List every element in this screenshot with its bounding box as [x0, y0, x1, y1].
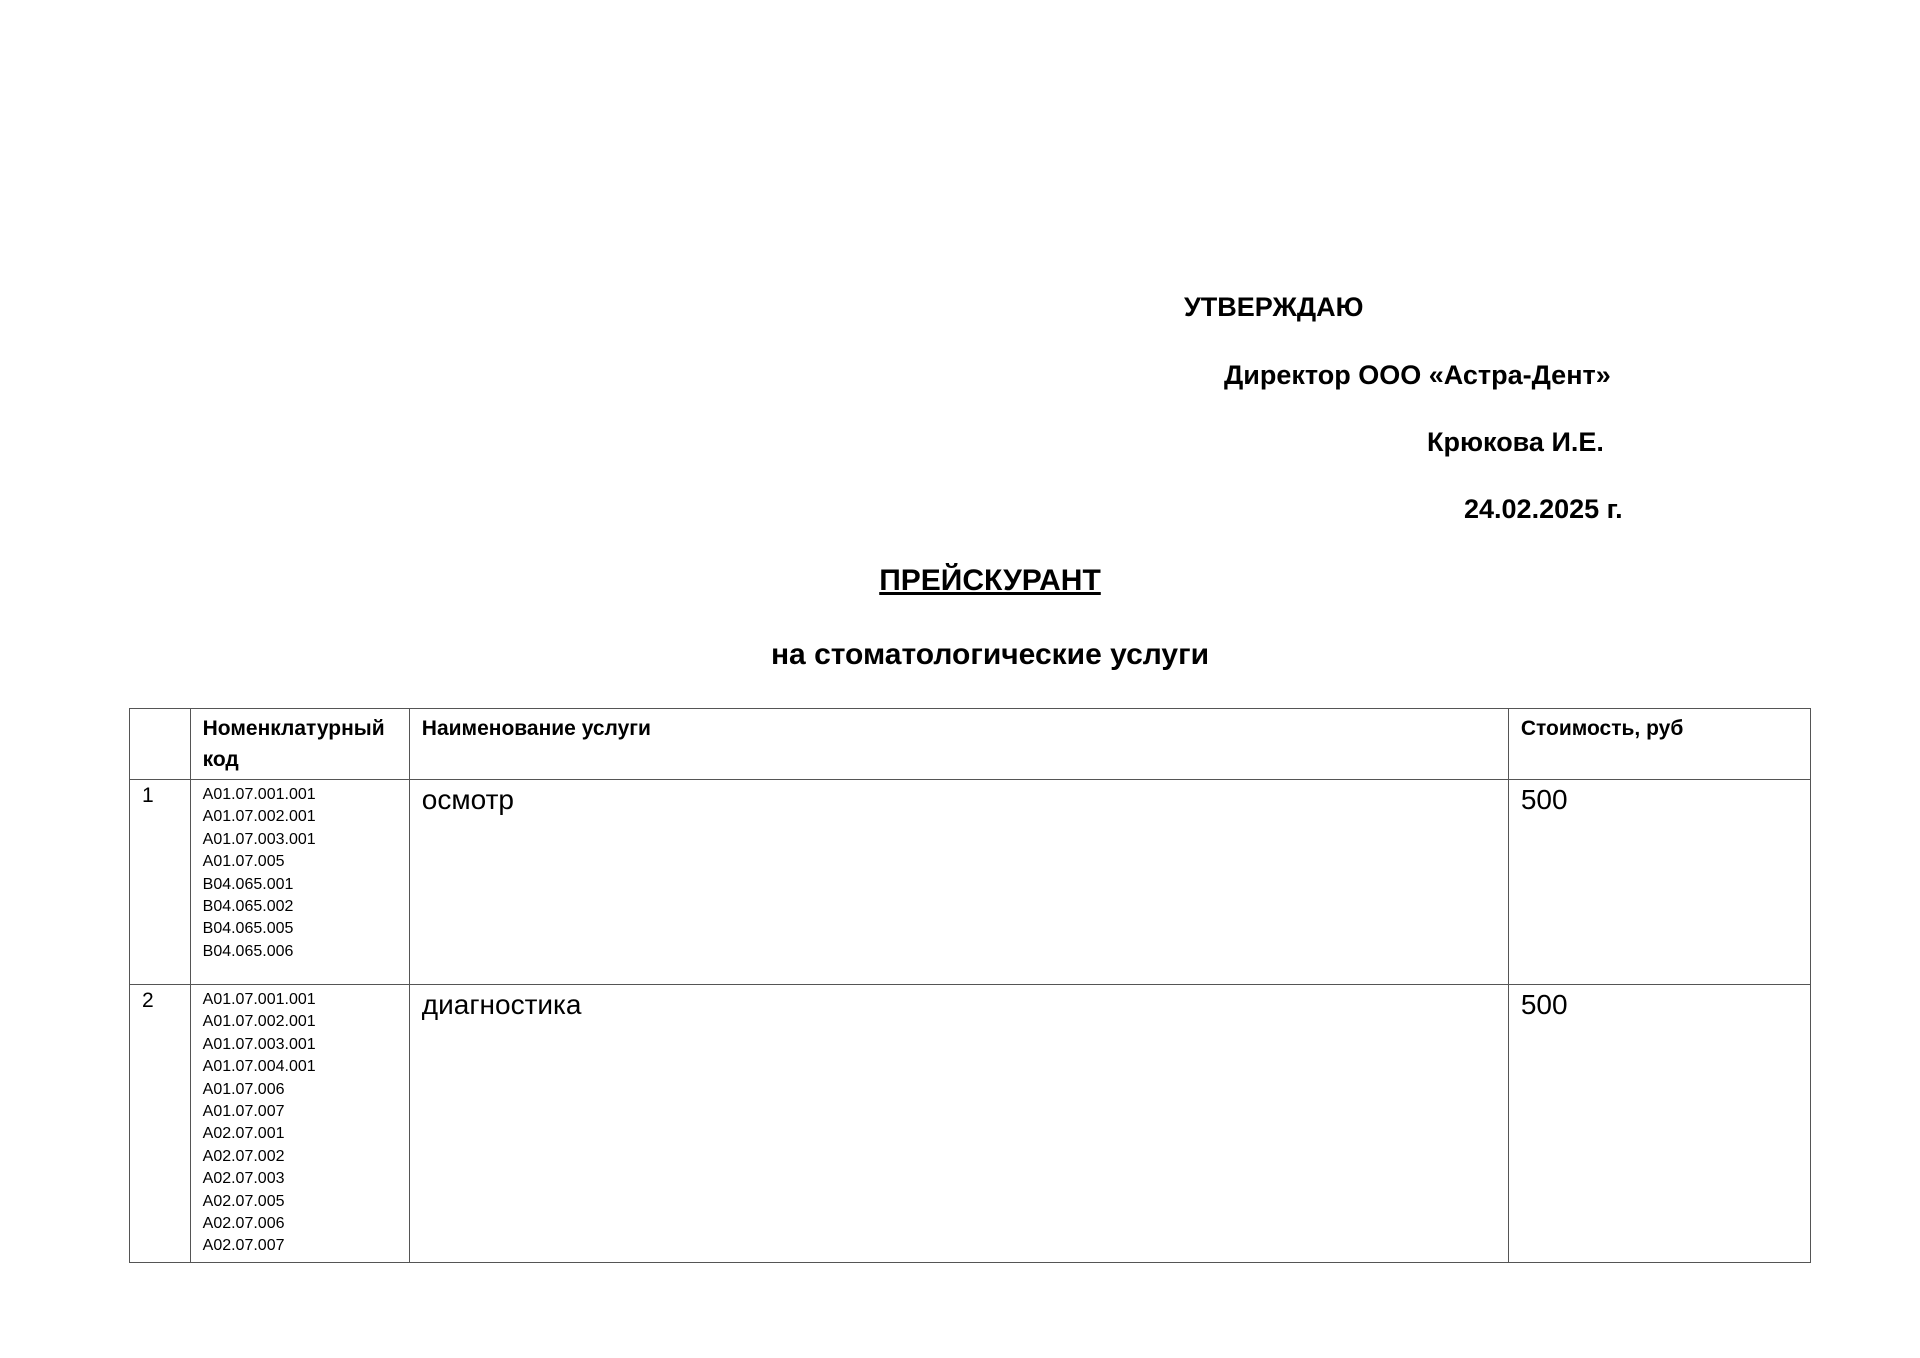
nomenclature-code: A02.07.007: [203, 1235, 397, 1257]
nomenclature-code: A01.07.002.001: [203, 806, 397, 828]
nomenclature-code: B04.065.005: [203, 918, 397, 940]
nomenclature-code: A01.07.005: [203, 851, 397, 873]
nomenclature-code: B04.065.006: [203, 941, 397, 963]
document-title-wrap: ПРЕЙСКУРАНТ: [0, 564, 1920, 598]
row-codes: A01.07.001.001A01.07.002.001A01.07.003.0…: [190, 780, 409, 985]
nomenclature-code: A01.07.001.001: [203, 989, 397, 1011]
nomenclature-code: A01.07.003.001: [203, 829, 397, 851]
table-row: 1A01.07.001.001A01.07.002.001A01.07.003.…: [130, 780, 1811, 985]
nomenclature-code: A02.07.006: [203, 1213, 397, 1235]
approval-signatory: Крюкова И.Е.: [1427, 427, 1604, 458]
nomenclature-code: A01.07.006: [203, 1079, 397, 1101]
nomenclature-code: B04.065.001: [203, 874, 397, 896]
table-row: 2A01.07.001.001A01.07.002.001A01.07.003.…: [130, 985, 1811, 1263]
document-subtitle: на стоматологические услуги: [0, 638, 1920, 672]
nomenclature-code: A01.07.007: [203, 1101, 397, 1123]
approval-position: Директор ООО «Астра-Дент»: [1224, 360, 1611, 391]
header-price: Стоимость, руб: [1508, 709, 1810, 780]
row-service-name: осмотр: [409, 780, 1508, 985]
nomenclature-code: A01.07.002.001: [203, 1011, 397, 1033]
header-service-name: Наименование услуги: [409, 709, 1508, 780]
nomenclature-code: B04.065.002: [203, 896, 397, 918]
nomenclature-code: A02.07.002: [203, 1146, 397, 1168]
header-code: Номенклатурный код: [190, 709, 409, 780]
row-number: 2: [130, 985, 191, 1263]
nomenclature-code: A01.07.004.001: [203, 1056, 397, 1078]
nomenclature-code: A01.07.001.001: [203, 784, 397, 806]
row-service-name: диагностика: [409, 985, 1508, 1263]
row-codes: A01.07.001.001A01.07.002.001A01.07.003.0…: [190, 985, 409, 1263]
approval-date: 24.02.2025 г.: [1464, 494, 1623, 525]
nomenclature-code: A01.07.003.001: [203, 1034, 397, 1056]
row-price: 500: [1508, 780, 1810, 985]
table-header-row: Номенклатурный код Наименование услуги С…: [130, 709, 1811, 780]
document-title: ПРЕЙСКУРАНТ: [879, 564, 1101, 597]
row-price: 500: [1508, 985, 1810, 1263]
nomenclature-code: A02.07.003: [203, 1168, 397, 1190]
nomenclature-code: A02.07.001: [203, 1123, 397, 1145]
header-number: [130, 709, 191, 780]
nomenclature-code: A02.07.005: [203, 1191, 397, 1213]
price-table: Номенклатурный код Наименование услуги С…: [129, 708, 1811, 1263]
row-number: 1: [130, 780, 191, 985]
approval-title: УТВЕРЖДАЮ: [1184, 292, 1363, 323]
